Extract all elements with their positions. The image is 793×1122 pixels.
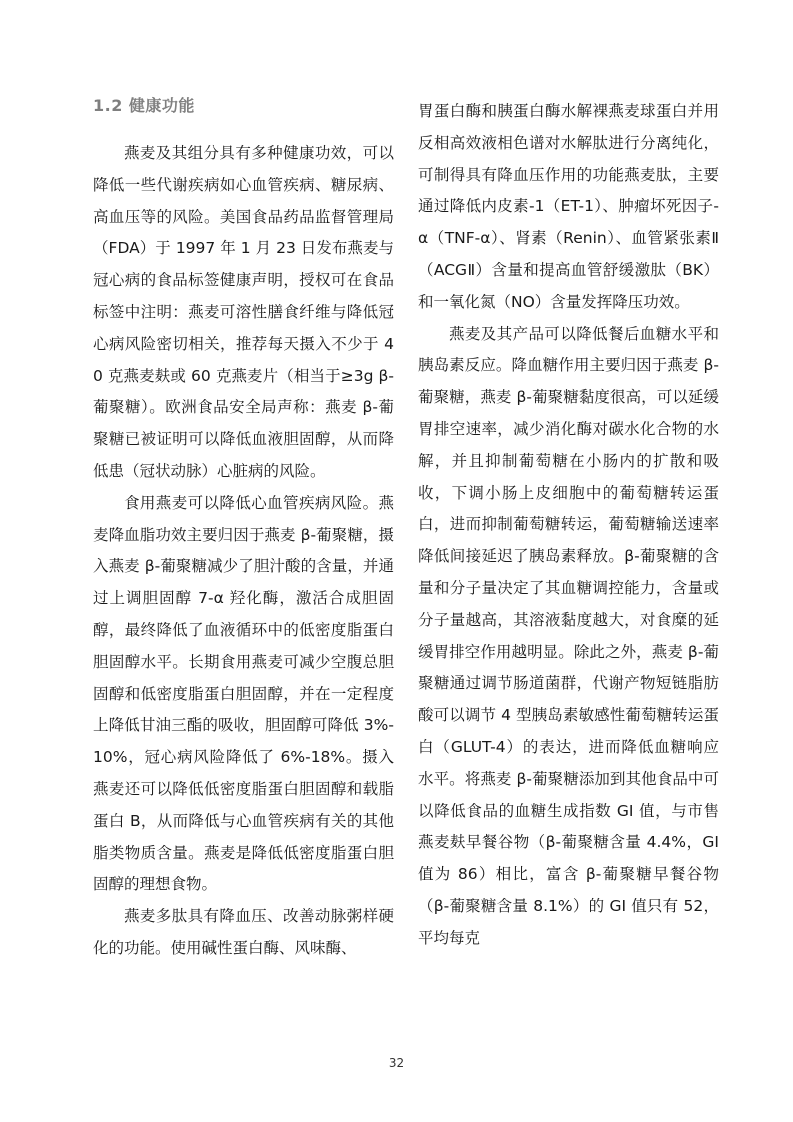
page-number: 32 [0, 1056, 793, 1070]
paragraph: 胃蛋白酶和胰蛋白酶水解裸燕麦球蛋白并用反相高效液相色谱对水解肽进行分离纯化，可制… [418, 96, 719, 319]
right-column: 胃蛋白酶和胰蛋白酶水解裸燕麦球蛋白并用反相高效液相色谱对水解肽进行分离纯化，可制… [418, 96, 719, 965]
document-page: 1.2 健康功能 燕麦及其组分具有多种健康功效，可以降低一些代谢疾病如心血管疾病… [0, 0, 793, 1122]
paragraph: 食用燕麦可以降低心血管疾病风险。燕麦降血脂功效主要归因于燕麦 β-葡聚糖，摄入燕… [93, 488, 394, 901]
paragraph: 燕麦及其组分具有多种健康功效，可以降低一些代谢疾病如心血管疾病、糖尿病、高血压等… [93, 138, 394, 488]
left-column: 1.2 健康功能 燕麦及其组分具有多种健康功效，可以降低一些代谢疾病如心血管疾病… [93, 96, 394, 965]
left-column-body: 燕麦及其组分具有多种健康功效，可以降低一些代谢疾病如心血管疾病、糖尿病、高血压等… [93, 138, 394, 965]
section-heading: 1.2 健康功能 [93, 96, 394, 116]
paragraph: 燕麦及其产品可以降低餐后血糖水平和胰岛素反应。降血糖作用主要归因于燕麦 β-葡聚… [418, 319, 719, 955]
right-column-body: 胃蛋白酶和胰蛋白酶水解裸燕麦球蛋白并用反相高效液相色谱对水解肽进行分离纯化，可制… [418, 96, 719, 955]
paragraph: 燕麦多肽具有降血压、改善动脉粥样硬化的功能。使用碱性蛋白酶、风味酶、 [93, 901, 394, 965]
text-columns: 1.2 健康功能 燕麦及其组分具有多种健康功效，可以降低一些代谢疾病如心血管疾病… [93, 96, 719, 965]
